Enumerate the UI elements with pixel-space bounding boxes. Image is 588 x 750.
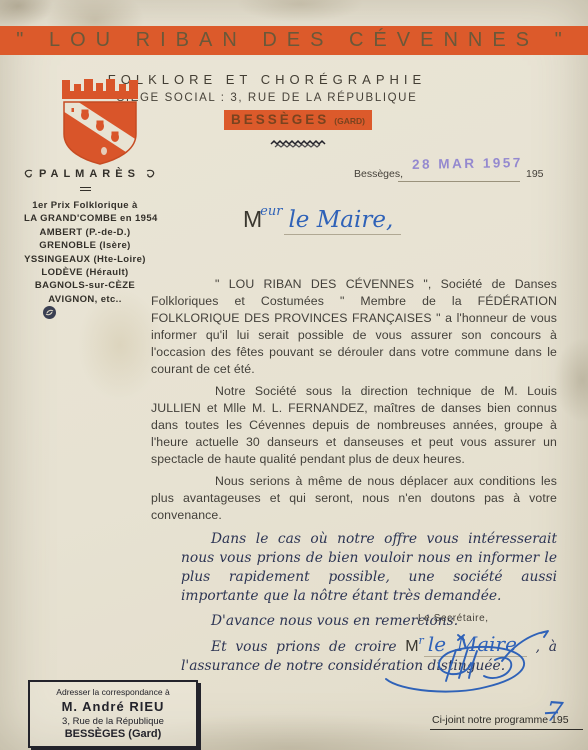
- program-note-handwritten-digit: 7: [545, 696, 564, 728]
- city-badge-dept: (GARD): [334, 116, 365, 126]
- floral-curl-left-icon: [24, 169, 33, 179]
- society-title: " LOU RIBAN DES CÉVENNES ": [16, 29, 571, 52]
- address-city: BESSÈGES (Gard): [34, 728, 192, 740]
- address-box: Adresser la correspondance à M. André RI…: [28, 680, 198, 748]
- palmares-entry: 1er Prix Folklorique à: [24, 199, 146, 212]
- palmares-section: PALMARÈS 1er Prix Folklorique à LA GRAND…: [24, 166, 146, 306]
- palmares-entry: YSSINGEAUX (Hte-Loire): [24, 253, 146, 266]
- paragraph-offer: Dans le cas où notre offre vous intéress…: [181, 530, 557, 606]
- dateline-underline: [398, 181, 520, 182]
- salutation-superscript: eur: [260, 204, 282, 219]
- salutation-handwritten: le Maire,: [284, 207, 401, 235]
- address-instruction: Adresser la correspondance à: [34, 687, 192, 697]
- palmares-entry: LA GRAND'COMBE en 1954: [24, 212, 146, 225]
- paragraph-introduction: " LOU RIBAN DES CÉVENNES ", Société de D…: [151, 276, 557, 378]
- palmares-list: 1er Prix Folklorique à LA GRAND'COMBE en…: [24, 199, 146, 306]
- printers-mark-icon: [42, 305, 57, 325]
- zigzag-flourish-icon: [270, 136, 328, 154]
- dateline-city: Bessèges,: [354, 168, 403, 180]
- letter-body: " LOU RIBAN DES CÉVENNES ", Société de D…: [151, 276, 557, 681]
- letter-page: " LOU RIBAN DES CÉVENNES " FOLKLORE ET C…: [0, 0, 588, 750]
- dateline-year: 195: [526, 168, 544, 180]
- floral-curl-right-icon: [146, 169, 155, 179]
- signature-icon: [372, 624, 562, 709]
- palmares-entry: BAGNOLS-sur-CÈZE: [24, 279, 146, 292]
- palmares-entry: LODÈVE (Hérault): [24, 266, 146, 279]
- address-street: 3, Rue de la République: [34, 716, 192, 727]
- paragraph-conditions: Nous serions à même de nous déplacer aux…: [151, 473, 557, 524]
- palmares-entry: AMBERT (P.-de-D.): [24, 226, 146, 239]
- palmares-entry: GRENOBLE (Isère): [24, 239, 146, 252]
- date-stamp: 28 MAR 1957: [412, 155, 523, 172]
- salutation: Meurle Maire,: [243, 206, 401, 233]
- palmares-rule: [80, 187, 91, 191]
- city-badge-name: BESSÈGES: [231, 112, 329, 127]
- palmares-title: PALMARÈS: [24, 168, 155, 180]
- address-name: M. André RIEU: [34, 699, 192, 714]
- header-banner: " LOU RIBAN DES CÉVENNES ": [0, 26, 588, 55]
- city-badge: BESSÈGES (GARD): [224, 110, 372, 130]
- secretary-label: Le Secrétaire,: [418, 613, 489, 624]
- coat-of-arms-icon: [52, 76, 148, 173]
- paragraph-direction: Notre Société sous la direction techniqu…: [151, 383, 557, 468]
